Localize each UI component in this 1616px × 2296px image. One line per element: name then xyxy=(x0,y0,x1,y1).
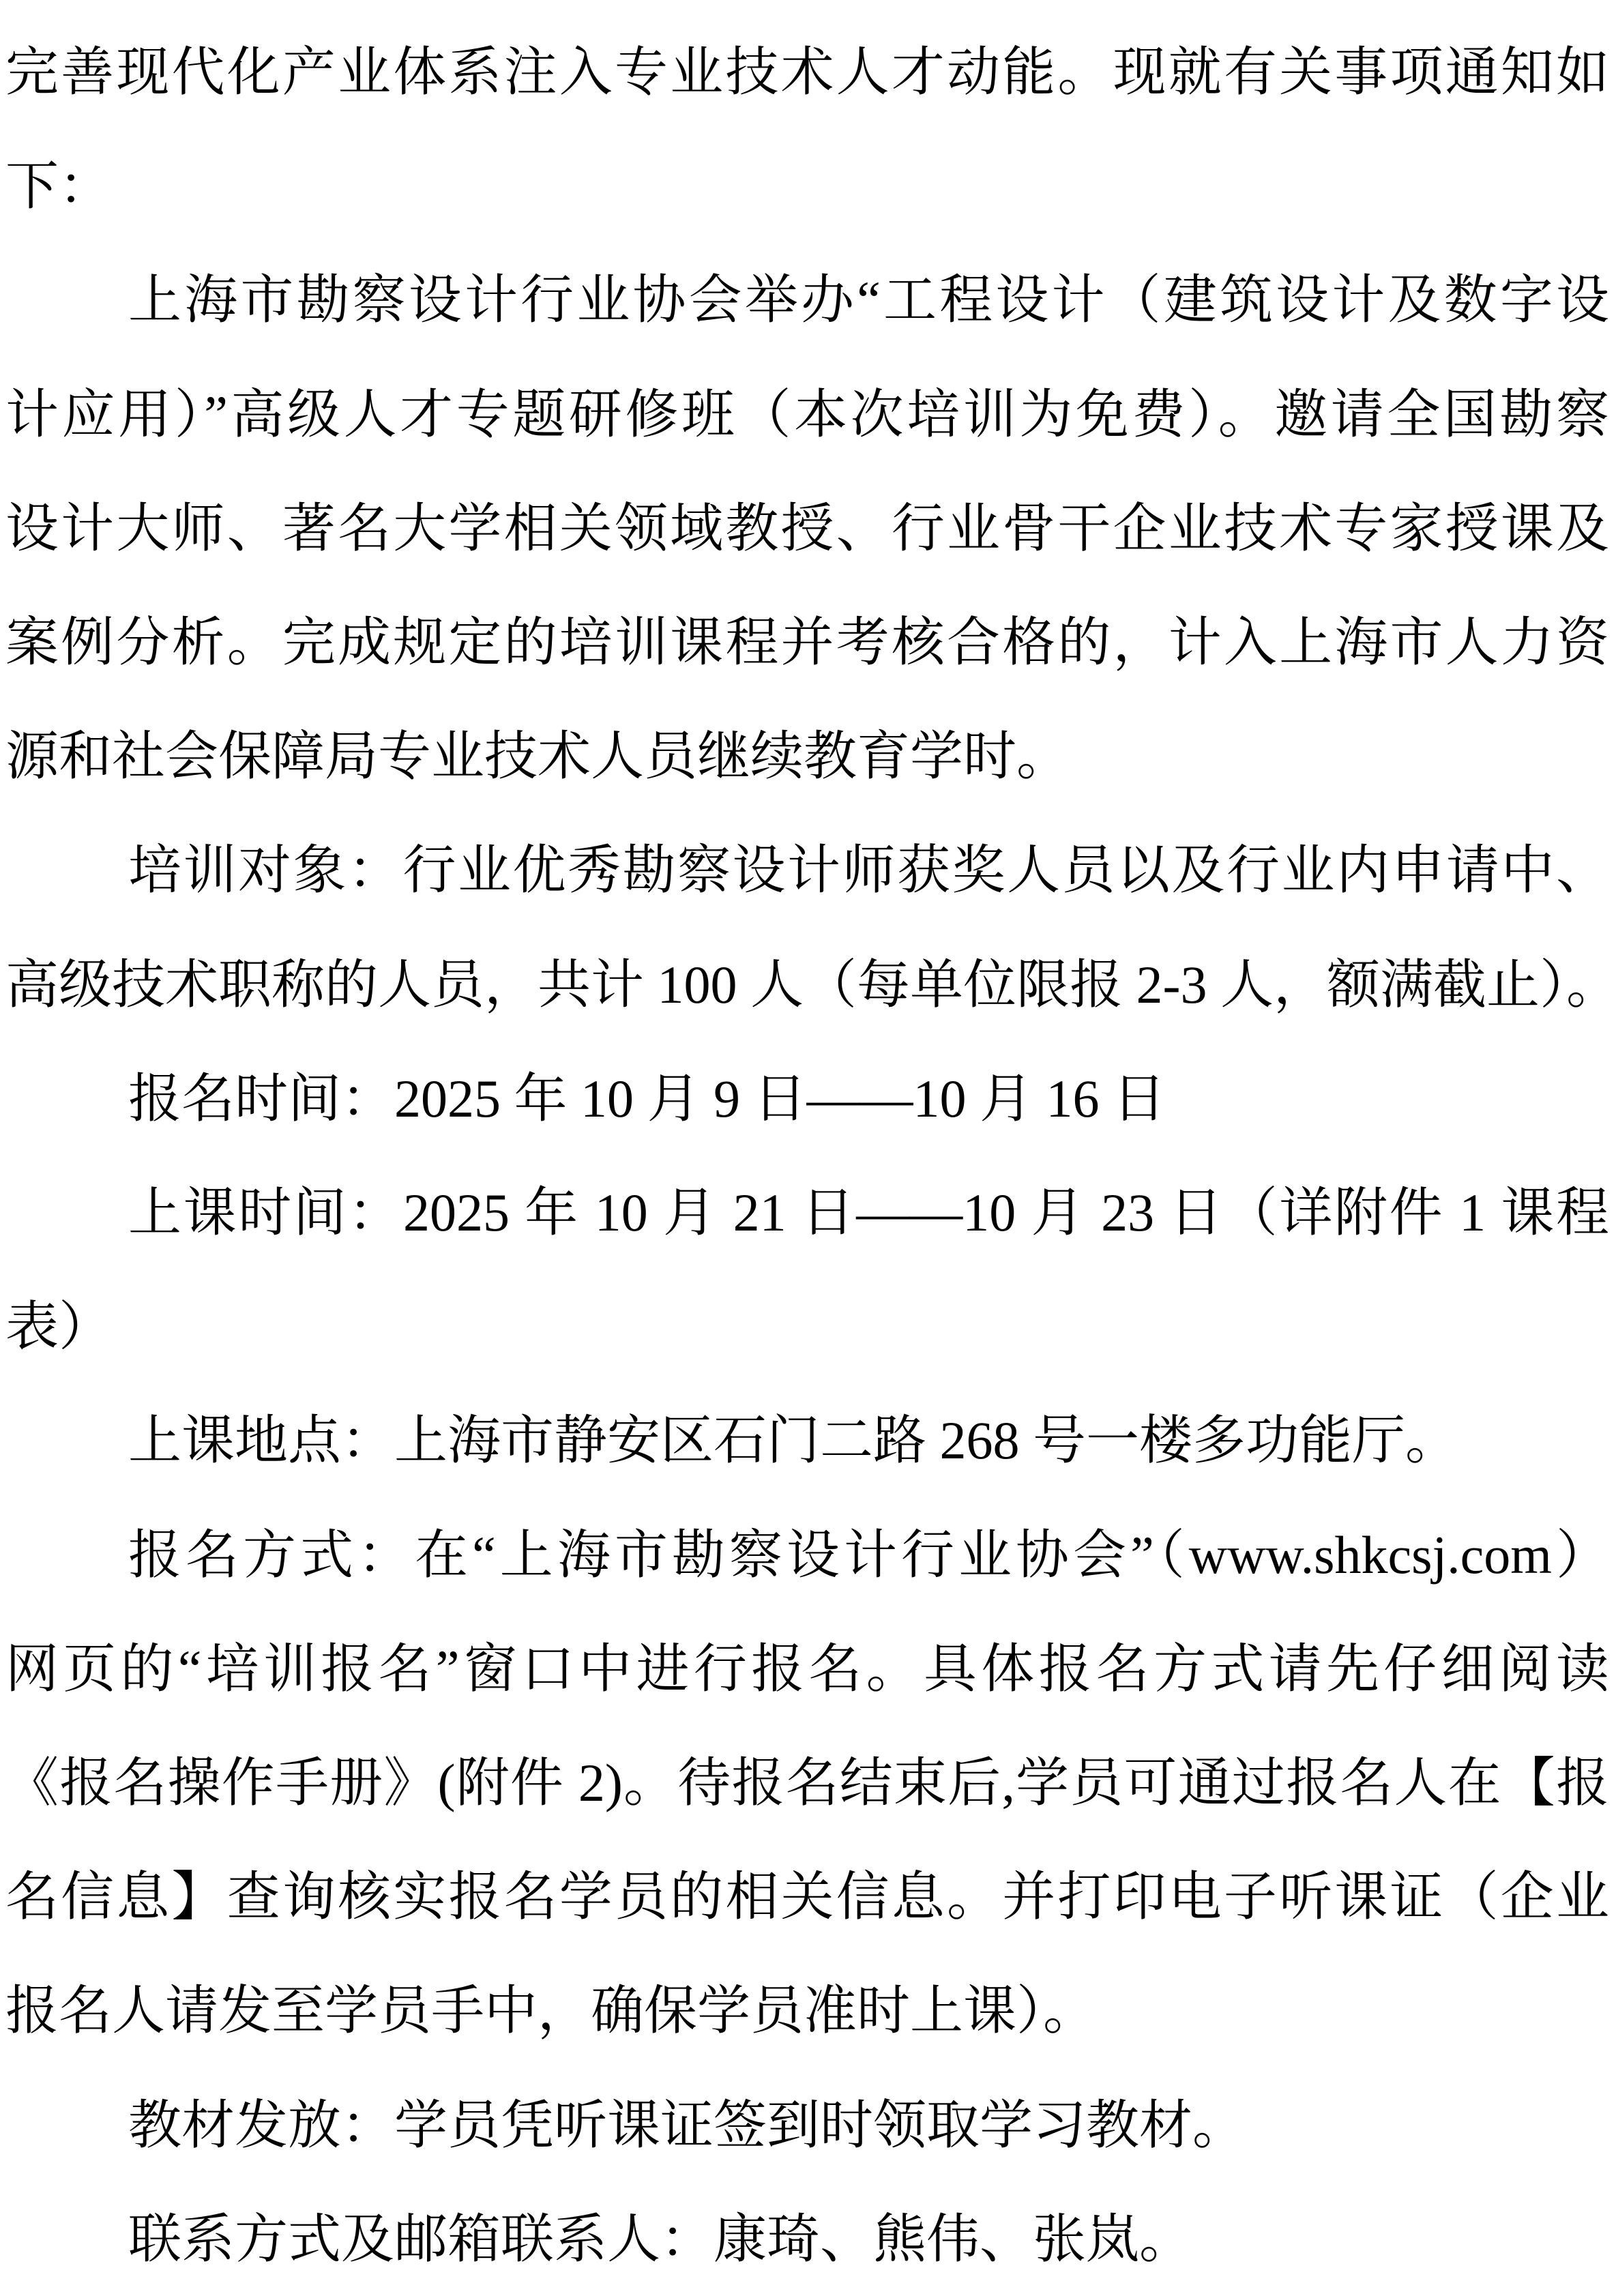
text-line: 设计大师、著名大学相关领域教授、行业骨干企业技术专家授课及 xyxy=(5,471,1609,585)
text-line: 计应用）”高级人才专题研修班（本次培训为免费）。邀请全国勘察 xyxy=(5,357,1609,471)
text-line: 培训对象：行业优秀勘察设计师获奖人员以及行业内申请中、 xyxy=(5,813,1609,927)
text-line: 《报名操作手册》(附件 2)。待报名结束后,学员可通过报名人在【报 xyxy=(5,1726,1609,1840)
text-line: 教材发放：学员凭听课证签到时领取学习教材。 xyxy=(5,2068,1609,2182)
text-line: 网页的“培训报名”窗口中进行报名。具体报名方式请先仔细阅读 xyxy=(5,1612,1609,1726)
text-line: 表） xyxy=(5,1269,1609,1383)
notice-body: 完善现代化产业体系注入专业技术人才动能。现就有关事项通知如下：上海市勘察设计行业… xyxy=(5,15,1609,2296)
text-line: 高级技术职称的人员，共计 100 人（每单位限报 2-3 人，额满截止）。 xyxy=(5,928,1609,1042)
text-line: 名信息】查询核实报名学员的相关信息。并打印电子听课证（企业 xyxy=(5,1840,1609,1954)
text-line: 报名时间：2025 年 10 月 9 日——10 月 16 日 xyxy=(5,1042,1609,1156)
text-line: 完善现代化产业体系注入专业技术人才动能。现就有关事项通知如 xyxy=(5,15,1609,129)
text-line: 案例分析。完成规定的培训课程并考核合格的，计入上海市人力资 xyxy=(5,585,1609,699)
text-line: 上海市勘察设计行业协会举办“工程设计（建筑设计及数字设 xyxy=(5,243,1609,357)
text-line: 上课时间：2025 年 10 月 21 日——10 月 23 日（详附件 1 课… xyxy=(5,1156,1609,1269)
text-line: 报名方式：在“上海市勘察设计行业协会”（www.shkcsj.com） xyxy=(5,1498,1609,1612)
text-line: 上课地点：上海市静安区石门二路 268 号一楼多功能厅。 xyxy=(5,1383,1609,1497)
text-line: 下： xyxy=(5,129,1609,243)
text-line: 报名人请发至学员手中，确保学员准时上课）。 xyxy=(5,1954,1609,2067)
text-line: 源和社会保障局专业技术人员继续教育学时。 xyxy=(5,699,1609,813)
text-line: 联系方式及邮箱联系人：康琦、熊伟、张岚。 xyxy=(5,2182,1609,2296)
document-page: 完善现代化产业体系注入专业技术人才动能。现就有关事项通知如下：上海市勘察设计行业… xyxy=(0,0,1616,2296)
